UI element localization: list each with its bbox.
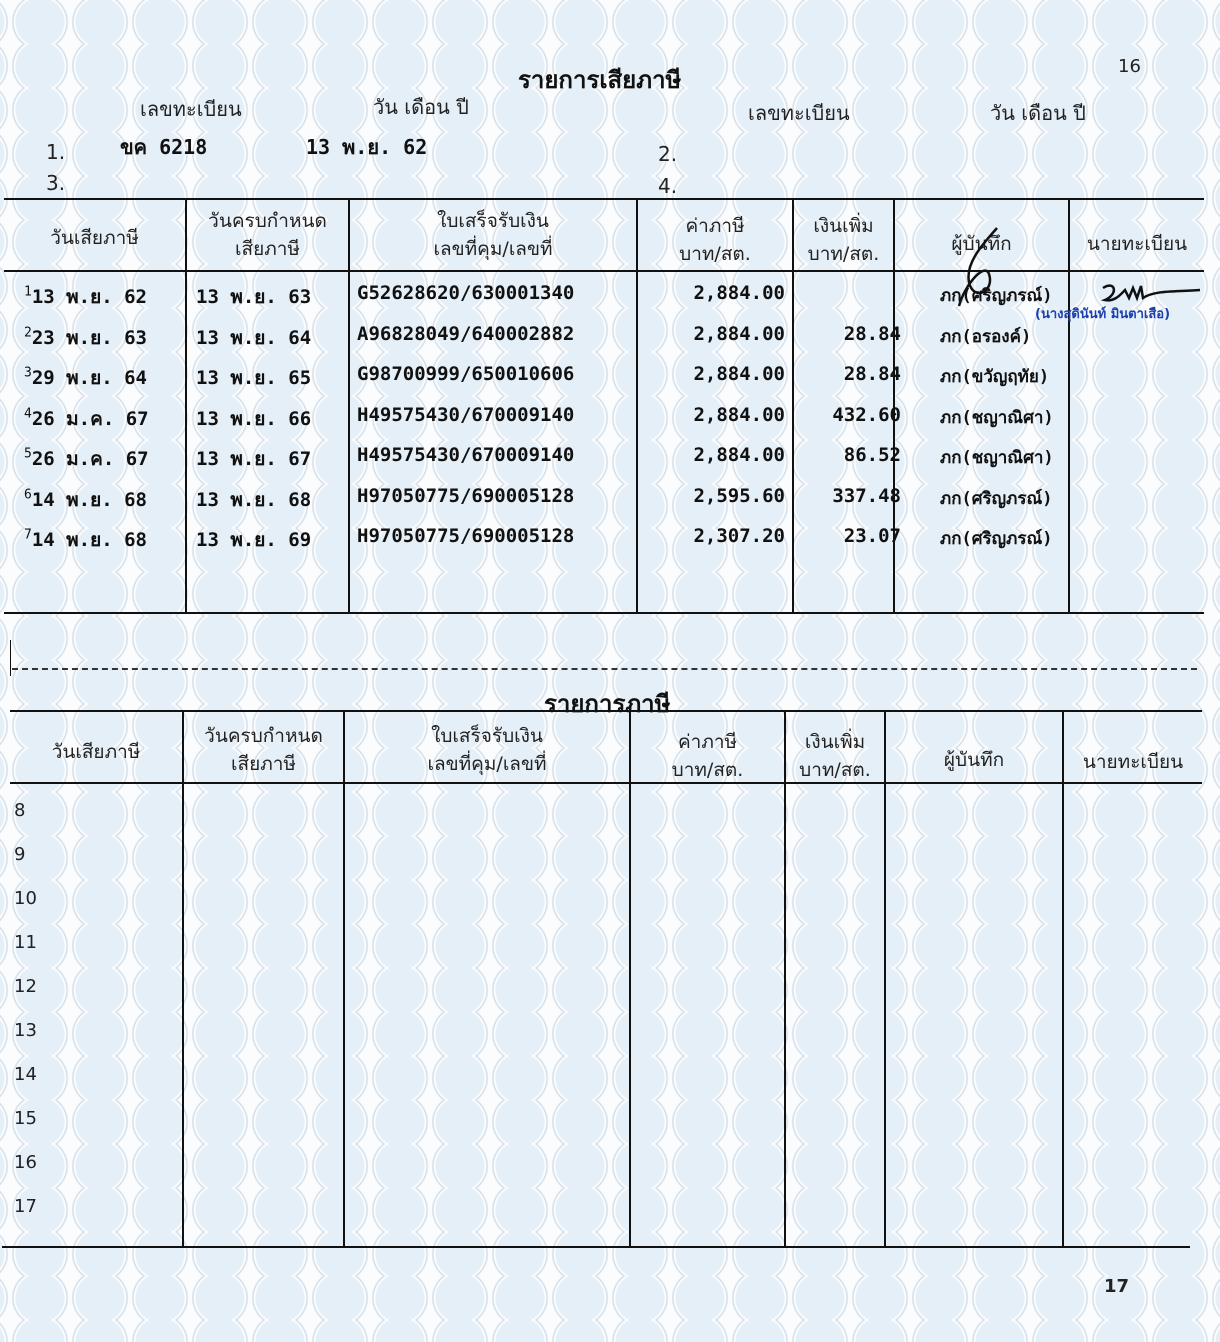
empty-row-number: 16: [14, 1152, 37, 1173]
due-date-cell: 13 พ.ย. 66: [196, 404, 311, 434]
table-row: 223 พ.ย. 6313 พ.ย. 64A96828049/640002882…: [0, 323, 1220, 363]
surcharge-cell: 28.84: [796, 323, 901, 345]
receipt-cell: H49575430/670009140: [357, 444, 574, 466]
upper-section-title: รายการเสียภาษี: [518, 60, 681, 99]
col-header-tax-line2: บาท/สต.: [638, 240, 792, 268]
row-number: 7: [24, 528, 32, 543]
reg-date-1: 13 พ.ย. 62: [306, 131, 427, 163]
lower-col-header-tax-line1: ค่าภาษี: [631, 728, 784, 756]
empty-row-number: 8: [14, 800, 25, 821]
surcharge-cell: 432.60: [796, 404, 901, 426]
table-row: 714 พ.ย. 6813 พ.ย. 69H97050775/690005128…: [0, 525, 1220, 565]
col-header-receipt-line1: ใบเสร็จรับเงิน: [350, 207, 636, 235]
table-row: 329 พ.ย. 6413 พ.ย. 65G98700999/650010606…: [0, 363, 1220, 403]
reg-index-1: 1.: [46, 140, 65, 164]
tax-cell: 2,884.00: [640, 444, 785, 466]
tax-cell: 2,595.60: [640, 485, 785, 507]
lower-col-header-due-date-line1: วันครบกำหนด: [184, 722, 343, 750]
col-header-due-date-line1: วันครบกำหนด: [187, 207, 348, 235]
page-number-top: 16: [1118, 56, 1141, 77]
tax-cell: 2,884.00: [640, 323, 785, 345]
lower-col-header-receipt-line1: ใบเสร็จรับเงิน: [345, 722, 629, 750]
pay-date-cell: 426 ม.ค. 67: [24, 404, 149, 434]
date-label-right: วัน เดือน ปี: [990, 97, 1086, 129]
row-number: 1: [24, 285, 32, 300]
receipt-cell: A96828049/640002882: [357, 323, 574, 345]
reg-index-4: 4.: [658, 174, 677, 198]
lower-col-header-receipt-line2: เลขที่คุม/เลขที่: [345, 750, 629, 778]
recorder-signature-icon: [945, 222, 1015, 312]
lower-col-header-recorder: ผู้บันทึก: [886, 746, 1062, 774]
surcharge-cell: 337.48: [796, 485, 901, 507]
recorder-cell: ภก(ขวัญฤทัย): [940, 363, 1049, 390]
perforation-line: [12, 668, 1197, 670]
receipt-cell: H49575430/670009140: [357, 404, 574, 426]
lower-col-header-surcharge-line1: เงินเพิ่ม: [786, 728, 884, 756]
reg-number-1: ขค 6218: [120, 131, 207, 163]
col-header-surcharge-line1: เงินเพิ่ม: [794, 212, 893, 240]
row-number: 2: [24, 326, 32, 341]
date-label-left: วัน เดือน ปี: [373, 91, 469, 123]
reg-label-right: เลขทะเบียน: [748, 97, 850, 129]
col-header-registrar: นายทะเบียน: [1070, 230, 1204, 258]
reg-label-left: เลขทะเบียน: [140, 93, 242, 125]
lower-col-header-tax-line2: บาท/สต.: [631, 756, 784, 784]
pay-date-cell: 223 พ.ย. 63: [24, 323, 147, 353]
lower-col-header-tax: ค่าภาษี บาท/สต.: [631, 728, 784, 784]
surcharge-cell: 86.52: [796, 444, 901, 466]
recorder-cell: ภก(ศริญภรณ์): [940, 485, 1052, 512]
col-header-tax-line1: ค่าภาษี: [638, 212, 792, 240]
lower-col-header-surcharge: เงินเพิ่ม บาท/สต.: [786, 728, 884, 784]
lower-col-header-registrar: นายทะเบียน: [1064, 748, 1202, 776]
row-number: 4: [24, 407, 32, 422]
page-number-bottom: 17: [1104, 1276, 1129, 1297]
pay-date-cell: 329 พ.ย. 64: [24, 363, 147, 393]
empty-row-number: 13: [14, 1020, 37, 1041]
due-date-cell: 13 พ.ย. 65: [196, 363, 311, 393]
row-number: 3: [24, 366, 32, 381]
pay-date: 26 ม.ค. 67: [32, 408, 149, 430]
pay-date: 13 พ.ย. 62: [32, 286, 147, 308]
receipt-cell: G52628620/630001340: [357, 282, 574, 304]
empty-row-number: 12: [14, 976, 37, 997]
empty-row-number: 14: [14, 1064, 37, 1085]
pay-date: 23 พ.ย. 63: [32, 327, 147, 349]
recorder-cell: ภก(ชญาณิศา): [940, 404, 1054, 431]
table-row: 526 ม.ค. 6713 พ.ย. 67H49575430/670009140…: [0, 444, 1220, 484]
table-row: 614 พ.ย. 6813 พ.ย. 68H97050775/690005128…: [0, 485, 1220, 525]
col-header-surcharge-line2: บาท/สต.: [794, 240, 893, 268]
pay-date: 14 พ.ย. 68: [32, 529, 147, 551]
tax-cell: 2,307.20: [640, 525, 785, 547]
registrar-stamp-name: (นางสุดินันท์ มินตาเสือ): [1035, 303, 1170, 324]
reg-index-3: 3.: [46, 171, 65, 195]
tax-cell: 2,884.00: [640, 363, 785, 385]
col-header-due-date: วันครบกำหนด เสียภาษี: [187, 207, 348, 263]
pay-date: 14 พ.ย. 68: [32, 489, 147, 511]
surcharge-cell: 28.84: [796, 363, 901, 385]
receipt-cell: H97050775/690005128: [357, 525, 574, 547]
due-date-cell: 13 พ.ย. 64: [196, 323, 311, 353]
lower-col-header-due-date-line2: เสียภาษี: [184, 750, 343, 778]
recorder-cell: ภก(ศริญภรณ์): [940, 525, 1052, 552]
pay-date-cell: 113 พ.ย. 62: [24, 282, 147, 312]
due-date-cell: 13 พ.ย. 63: [196, 282, 311, 312]
col-header-receipt: ใบเสร็จรับเงิน เลขที่คุม/เลขที่: [350, 207, 636, 263]
pay-date-cell: 614 พ.ย. 68: [24, 485, 147, 515]
empty-row-number: 10: [14, 888, 37, 909]
col-header-receipt-line2: เลขที่คุม/เลขที่: [350, 235, 636, 263]
col-header-pay-date: วันเสียภาษี: [4, 224, 185, 252]
lower-col-header-pay-date: วันเสียภาษี: [10, 738, 182, 766]
row-number: 6: [24, 488, 32, 503]
lower-col-header-due-date: วันครบกำหนด เสียภาษี: [184, 722, 343, 778]
tax-cell: 2,884.00: [640, 404, 785, 426]
pay-date-cell: 526 ม.ค. 67: [24, 444, 149, 474]
recorder-cell: ภก(ชญาณิศา): [940, 444, 1054, 471]
lower-col-header-receipt: ใบเสร็จรับเงิน เลขที่คุม/เลขที่: [345, 722, 629, 778]
surcharge-cell: 23.07: [796, 525, 901, 547]
receipt-cell: G98700999/650010606: [357, 363, 574, 385]
empty-row-number: 15: [14, 1108, 37, 1129]
col-header-tax: ค่าภาษี บาท/สต.: [638, 212, 792, 268]
row-number: 5: [24, 447, 32, 462]
tax-cell: 2,884.00: [640, 282, 785, 304]
lower-section-title: รายการภาษี: [544, 684, 670, 723]
reg-index-2: 2.: [658, 142, 677, 166]
lower-col-header-surcharge-line2: บาท/สต.: [786, 756, 884, 784]
left-edge-line: [10, 640, 11, 676]
due-date-cell: 13 พ.ย. 68: [196, 485, 311, 515]
due-date-cell: 13 พ.ย. 69: [196, 525, 311, 555]
due-date-cell: 13 พ.ย. 67: [196, 444, 311, 474]
empty-row-number: 9: [14, 844, 25, 865]
col-header-surcharge: เงินเพิ่ม บาท/สต.: [794, 212, 893, 268]
table-row: 426 ม.ค. 6713 พ.ย. 66H49575430/670009140…: [0, 404, 1220, 444]
empty-row-number: 11: [14, 932, 37, 953]
recorder-cell: ภก(อรองค์): [940, 323, 1031, 350]
pay-date: 26 ม.ค. 67: [32, 448, 149, 470]
receipt-cell: H97050775/690005128: [357, 485, 574, 507]
empty-row-number: 17: [14, 1196, 37, 1217]
pay-date: 29 พ.ย. 64: [32, 367, 147, 389]
col-header-due-date-line2: เสียภาษี: [187, 235, 348, 263]
pay-date-cell: 714 พ.ย. 68: [24, 525, 147, 555]
